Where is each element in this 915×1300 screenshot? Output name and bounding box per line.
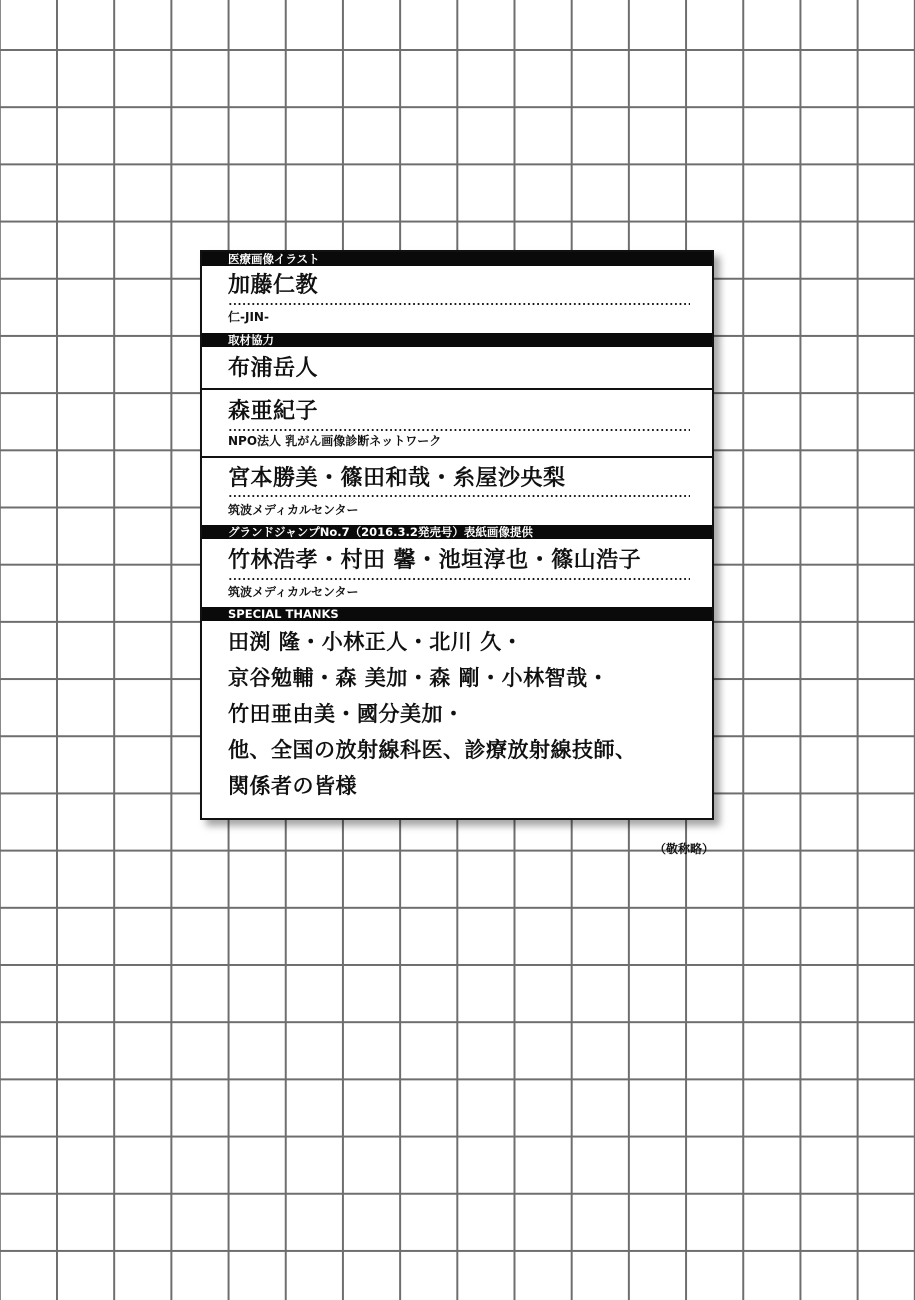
thanks-line: 田渕 隆・小林正人・北川 久・ — [228, 629, 523, 655]
dotted-separator — [228, 578, 690, 580]
section-header-interview-cooperation: 取材協力 — [202, 333, 712, 347]
dotted-separator — [228, 303, 690, 305]
thanks-line: 竹田亜由美・國分美加・ — [228, 701, 465, 727]
section-header-special-thanks: SPECIAL THANKS — [202, 607, 712, 621]
credits-box: 医療画像イラスト 加藤仁教 仁-JIN- 取材協力 布浦岳人 森亜紀子 NPO法… — [200, 250, 714, 820]
divider — [202, 388, 712, 390]
thanks-line: 関係者の皆様 — [228, 773, 357, 799]
credit-name: 布浦岳人 — [228, 356, 318, 382]
section-header-cover-image: グランドジャンプNo.7（2016.3.2発売号）表紙画像提供 — [202, 525, 712, 539]
section-header-medical-illustration: 医療画像イラスト — [202, 252, 712, 266]
dotted-separator — [228, 495, 690, 497]
divider — [202, 456, 712, 458]
credit-affiliation: 筑波メディカルセンター — [228, 503, 359, 517]
credit-affiliation: 筑波メディカルセンター — [228, 585, 359, 599]
thanks-line: 京谷勉輔・森 美加・森 剛・小林智哉・ — [228, 665, 609, 691]
credit-name: 竹林浩孝・村田 馨・池垣淳也・篠山浩子 — [228, 548, 641, 574]
credit-name: 加藤仁教 — [228, 273, 318, 299]
thanks-line: 他、全国の放射線科医、診療放射線技師、 — [228, 737, 637, 763]
dotted-separator — [228, 429, 690, 431]
credit-name: 宮本勝美・篠田和哉・糸屋沙央梨 — [228, 466, 566, 492]
credit-affiliation: 仁-JIN- — [228, 310, 269, 324]
honorifics-omitted-note: （敬称略） — [654, 841, 714, 857]
credit-name: 森亜紀子 — [228, 399, 318, 425]
credit-affiliation: NPO法人 乳がん画像診断ネットワーク — [228, 434, 441, 448]
